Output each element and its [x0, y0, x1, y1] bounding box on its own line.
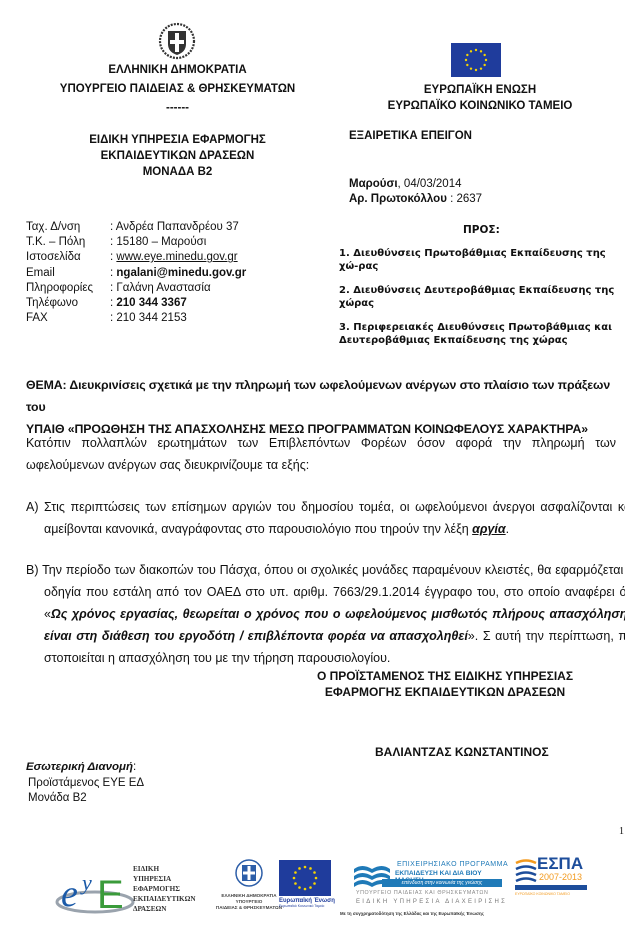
eye-logo-text: ΕΙΔΙΚΗ: [133, 864, 196, 874]
espa-logo: ΕΣΠΑ 2007-2013 ΕΥΡΩΠΑΪΚΟ ΚΟΙΝΩΝΙΚΟ ΤΑΜΕΙ…: [515, 855, 590, 905]
signature-title-line2: ΕΦΑΡΜΟΓΗΣ ΕΚΠΑΙΔΕΥΤΙΚΩΝ ΔΡΑΣΕΩΝ: [300, 684, 590, 700]
place-label: Μαρούσι: [349, 178, 398, 190]
internal-distribution: Εσωτερική Διανομή: Προϊστάμενος ΕΥΕ ΕΔ Μ…: [26, 760, 144, 807]
signature-block: Ο ΠΡΟΪΣΤΑΜΕΝΟΣ ΤΗΣ ΕΙΔΙΚΗΣ ΥΠΗΡΕΣΙΑΣ ΕΦΑ…: [300, 668, 590, 700]
recipient-item: 1. Διευθύνσεις Πρωτοβάθμιας Εκπαίδευσης …: [339, 248, 619, 273]
unit-name: ΜΟΝΑΔΑ Β2: [40, 164, 315, 180]
contact-label: Email: [26, 266, 110, 281]
contact-row: Email: ngalani@minedu.gov.gr: [26, 266, 246, 281]
point-a-paragraph: Α) Στις περιπτώσεις των επίσημων αργιών …: [26, 496, 625, 540]
op-line4: ΥΠΟΥΡΓΕΙΟ ΠΑΙΔΕΙΑΣ ΚΑΙ ΘΡΗΣΚΕΥΜΑΤΩΝ: [356, 890, 488, 896]
op-logo: ΕΠΙΧΕΙΡΗΣΙΑΚΟ ΠΡΟΓΡΑΜΜΑ ΕΚΠΑΙΔΕΥΣΗ ΚΑΙ Δ…: [352, 859, 512, 919]
eu-flag-icon: [451, 43, 501, 77]
date-value: , 04/03/2014: [398, 178, 462, 190]
eye-logo-text: ΕΦΑΡΜΟΓΗΣ: [133, 884, 196, 894]
recipient-item: 3. Περιφερειακές Διευθύνσεις Πρωτοβάθμια…: [339, 322, 619, 347]
espa-years: 2007-2013: [539, 872, 582, 882]
svg-text:e: e: [61, 873, 78, 915]
subject-line1: ΘΕΜΑ: Διευκρινίσεις σχετικά με την πληρω…: [26, 374, 625, 418]
page-number: 1: [619, 826, 624, 837]
greek-coat-of-arms-icon: [234, 858, 264, 888]
recipients-title: ΠΡΟΣ:: [463, 222, 500, 238]
svg-text:y: y: [80, 870, 92, 895]
contact-row: Τ.Κ. – Πόλη: 15180 – Μαρούσι: [26, 235, 246, 250]
signatory-name: ΒΑΛΙΑΝΤΖΑΣ ΚΩΝΣΤΑΝΤΙΝΟΣ: [375, 744, 549, 760]
espa-title: ΕΣΠΑ: [537, 855, 583, 873]
contact-label: Ταχ. Δ/νση: [26, 220, 110, 235]
recipients-list: 1. Διευθύνσεις Πρωτοβάθμιας Εκπαίδευσης …: [339, 248, 619, 359]
point-a-end: .: [506, 522, 509, 536]
subject: ΘΕΜΑ: Διευκρινίσεις σχετικά με την πληρω…: [26, 374, 625, 440]
point-b-paragraph: Β) Την περίοδο των διακοπών του Πάσχα, ό…: [26, 559, 625, 669]
point-a-text: Α) Στις περιπτώσεις των επίσημων αργιών …: [26, 500, 625, 536]
intro-paragraph: Κατόπιν πολλαπλών ερωτημάτων των Επιβλεπ…: [26, 432, 616, 476]
point-a-emphasis: αργία: [472, 522, 506, 536]
left-header: ΕΛΛΗΝΙΚΗ ΔΗΜΟΚΡΑΤΙΑ ΥΠΟΥΡΓΕΙΟ ΠΑΙΔΕΙΑΣ &…: [40, 62, 315, 180]
contact-row: Ταχ. Δ/νση: Ανδρέα Παπανδρέου 37: [26, 220, 246, 235]
contact-label: Τηλέφωνο: [26, 296, 110, 311]
website-link[interactable]: www.eye.minedu.gov.gr: [116, 251, 237, 263]
contact-value: : Γαλάνη Αναστασία: [110, 281, 211, 296]
eye-logo-text: ΕΚΠΑΙΔΕΥΤΙΚΩΝ: [133, 894, 196, 904]
eye-logo: e y E ΕΙΔΙΚΗΥΠΗΡΕΣΙΑΕΦΑΡΜΟΓΗΣΕΚΠΑΙΔΕΥΤΙΚ…: [55, 862, 195, 918]
contact-row: Ιστοσελίδα: www.eye.minedu.gov.gr: [26, 250, 246, 265]
eu-footer-subcaption: Ευρωπαϊκό Κοινωνικό Ταμείο: [279, 904, 337, 908]
espa-waves-icon: [515, 859, 537, 883]
op-line5: ΕΙΔΙΚΗ ΥΠΗΡΕΣΙΑ ΔΙΑΧΕΙΡΙΣΗΣ: [356, 899, 507, 905]
recipient-item: 2. Διευθύνσεις Δευτεροβάθμιας Εκπαίδευση…: [339, 285, 619, 310]
contact-label: Πληροφορίες: [26, 281, 110, 296]
urgency-label: ΕΞΑΙΡΕΤΙΚΑ ΕΠΕΙΓΟΝ: [349, 128, 472, 144]
eye-logo-text: ΔΡΑΣΕΩΝ: [133, 904, 196, 914]
signature-title-line1: Ο ΠΡΟΪΣΤΑΜΕΝΟΣ ΤΗΣ ΕΙΔΙΚΗΣ ΥΠΗΡΕΣΙΑΣ: [300, 668, 590, 684]
contact-value: : 15180 – Μαρούσι: [110, 235, 206, 250]
svg-text:E: E: [97, 873, 124, 917]
header-separator: ------: [40, 100, 315, 116]
contact-label: Τ.Κ. – Πόλη: [26, 235, 110, 250]
greek-coat-of-arms-icon: [158, 22, 196, 60]
eu-flag-icon: [279, 860, 331, 896]
contact-value: : ngalani@minedu.gov.gr: [110, 266, 246, 281]
internal-colon: :: [133, 761, 136, 773]
protocol-label: Αρ. Πρωτοκόλλου: [349, 193, 447, 205]
contact-value[interactable]: : www.eye.minedu.gov.gr: [110, 250, 238, 265]
service-name-line1: ΕΙΔΙΚΗ ΥΠΗΡΕΣΙΑ ΕΦΑΡΜΟΓΗΣ: [40, 132, 315, 148]
contact-value: : Ανδρέα Παπανδρέου 37: [110, 220, 239, 235]
right-header: ΕΥΡΩΠΑΪΚΗ ΕΝΩΣΗ ΕΥΡΩΠΑΪΚΟ ΚΟΙΝΩΝΙΚΟ ΤΑΜΕ…: [360, 82, 600, 114]
contact-row: Τηλέφωνο: 210 344 3367: [26, 296, 246, 311]
cofinance-note: Με τη συγχρηματοδότηση της Ελλάδας και τ…: [340, 911, 484, 916]
republic-name: ΕΛΛΗΝΙΚΗ ΔΗΜΟΚΡΑΤΙΑ: [40, 62, 315, 78]
date-protocol: Μαρούσι, 04/03/2014 Αρ. Πρωτοκόλλου : 26…: [349, 177, 482, 207]
op-line1: ΕΠΙΧΕΙΡΗΣΙΑΚΟ ΠΡΟΓΡΑΜΜΑ: [397, 861, 508, 868]
eu-footer-logo: Ευρωπαϊκή Ένωση Ευρωπαϊκό Κοινωνικό Ταμε…: [279, 860, 337, 908]
eu-name: ΕΥΡΩΠΑΪΚΗ ΕΝΩΣΗ: [360, 82, 600, 98]
contact-row: FAX: 210 344 2153: [26, 311, 246, 326]
service-name-line2: ΕΚΠΑΙΔΕΥΤΙΚΩΝ ΔΡΑΣΕΩΝ: [40, 148, 315, 164]
contact-value: : 210 344 3367: [110, 296, 187, 311]
fund-name: ΕΥΡΩΠΑΪΚΟ ΚΟΙΝΩΝΙΚΟ ΤΑΜΕΙΟ: [360, 98, 600, 114]
contact-label: FAX: [26, 311, 110, 326]
ministry-name: ΥΠΟΥΡΓΕΙΟ ΠΑΙΔΕΙΑΣ & ΘΡΗΣΚΕΥΜΑΤΩΝ: [40, 81, 315, 97]
internal-title: Εσωτερική Διανομή: [26, 761, 133, 773]
contact-info: Ταχ. Δ/νση: Ανδρέα Παπανδρέου 37Τ.Κ. – Π…: [26, 220, 246, 326]
contact-row: Πληροφορίες: Γαλάνη Αναστασία: [26, 281, 246, 296]
contact-label: Ιστοσελίδα: [26, 250, 110, 265]
internal-item: Μονάδα Β2: [26, 791, 144, 807]
espa-fund: ΕΥΡΩΠΑΪΚΟ ΚΟΙΝΩΝΙΚΟ ΤΑΜΕΙΟ: [515, 892, 570, 896]
op-line3: επένδυση στην κοινωνία της γνώσης: [382, 879, 502, 887]
internal-item: Προϊστάμενος ΕΥΕ ΕΔ: [26, 776, 144, 792]
eye-logo-text: ΥΠΗΡΕΣΙΑ: [133, 874, 196, 884]
contact-value: : 210 344 2153: [110, 311, 187, 326]
protocol-value: : 2637: [447, 193, 482, 205]
